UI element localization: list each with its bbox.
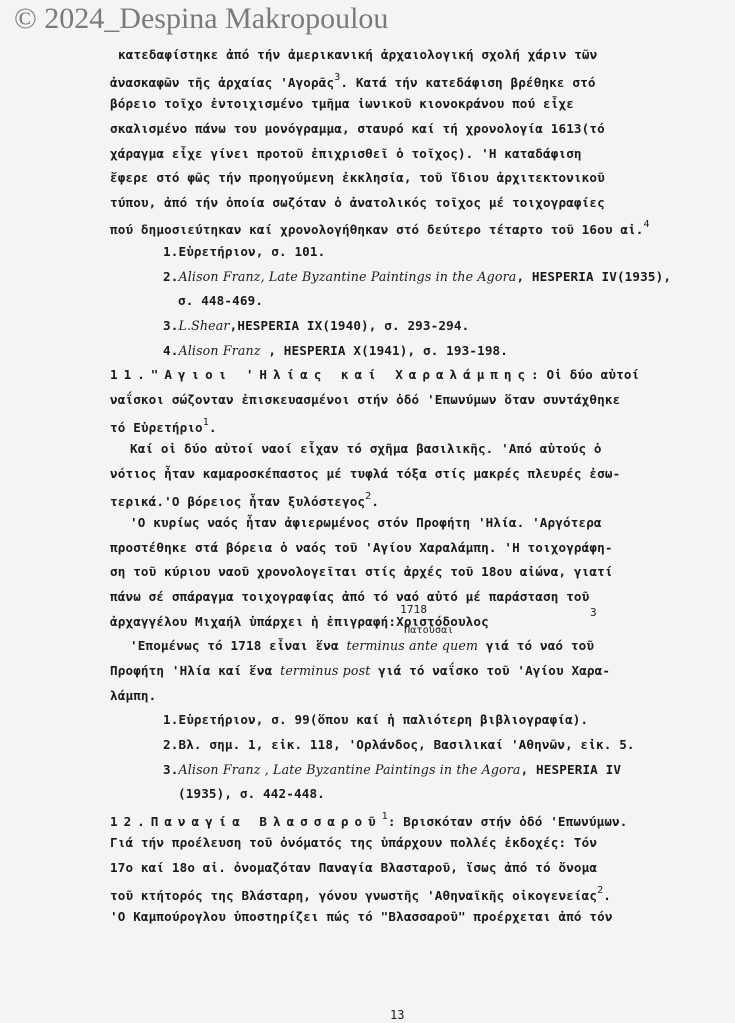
text-line: 'Ο Καμπούρογλου ὑποστηρίζει πώς τό "Βλασ…: [110, 909, 613, 924]
footnote: 3.L.Shear,HESPERIA IX(1940), σ. 293-294.: [163, 318, 469, 333]
section-heading: 11."Αγιοι 'Ηλίας καί Χαραλάμπης: Οἱ δύο …: [110, 367, 639, 382]
text-line: ἔφερε στό φῶς τήν προηγούμενη ἐκκλησία, …: [110, 170, 605, 185]
text-line: Καί οἱ δύο αὐτοί ναοί εἶχαν τό σχῆμα βασ…: [130, 441, 602, 456]
footnote: 2.Alison Franz, Late Byzantine Paintings…: [163, 269, 671, 284]
text-line: ση τοῦ κύριου ναοῦ χρονολογεῖται στίς ἀρ…: [110, 564, 613, 579]
text-line: 'Επομένως τό 1718 εἶναι ἕνα terminus ant…: [130, 638, 594, 653]
footnote: (1935), σ. 442-448.: [178, 786, 325, 801]
footnote: σ. 448-469.: [178, 293, 263, 308]
footnote: 1.Εὑρετήριον, σ. 101.: [163, 244, 325, 259]
text-line: λάμπη.: [110, 688, 156, 703]
text-line: χάραγμα εἶχε γίνει προτοῦ ἐπιχρισθεῖ ὁ τ…: [110, 146, 582, 161]
footnote-ref: 4: [644, 219, 650, 230]
text-line: τερικά.'Ο βόρειος ἦταν ξυλόστεγος2.: [110, 491, 379, 509]
text-line: Γιά τήν προέλευση τοῦ ὀνόματός της ὑπάρχ…: [110, 835, 597, 850]
page-number: 13: [390, 1008, 404, 1022]
copyright-watermark: © 2024_Despina Makropoulou: [14, 2, 388, 36]
text-line: σκαλισμένο πάνω του μονόγραμμα, σταυρό κ…: [110, 121, 605, 136]
text-line: τύπου, ἀπό τήν ὁποία σωζόταν ὁ ἀνατολικό…: [110, 195, 605, 210]
inscription: Χριστόδουλος1718Πατοῦσαι: [396, 614, 489, 629]
text-line: προστέθηκε στά βόρεια ὁ ναός τοῦ 'Αγίου …: [110, 540, 613, 555]
text-line: ἀνασκαφῶν τῆς ἀρχαίας 'Αγορᾶς3. Κατά τήν…: [110, 72, 596, 90]
text-line: τοῦ κτήτορός της Βλάσταρη, γόνου γνωστῆς…: [110, 885, 611, 903]
text-line: πάνω σέ σπάραγμα τοιχογραφίας ἀπό τό ναό…: [110, 589, 589, 604]
footnote: 4.Alison Franz , HESPERIA X(1941), σ. 19…: [163, 343, 508, 358]
footnote: 1.Εὑρετήριον, σ. 99(ὅπου καί ἡ παλιότερη…: [163, 712, 588, 727]
footnote-ref: 3: [590, 606, 597, 619]
section-heading: 12.Παναγία Βλασσαροῦ1: Βρισκόταν στήν ὁδ…: [110, 811, 628, 829]
text-line: βόρειο τοῖχο ἐντοιχισμένο τμῆμα ἰωνικοῦ …: [110, 96, 574, 111]
footnote: 3.Alison Franz , Late Byzantine Painting…: [163, 762, 621, 777]
text-line: τό Εὑρετήριο1.: [110, 417, 217, 435]
text-line: 'Ο κυρίως ναός ἦταν ἀφιερωμένος στόν Προ…: [130, 515, 602, 530]
text-line: νότιος ἦταν καμαροσκέπαστος μέ τυφλά τόξ…: [110, 466, 620, 481]
text-line: πού δημοσιεύτηκαν καί χρονολογήθηκαν στό…: [110, 219, 650, 237]
footnote: 2.Βλ. σημ. 1, εἰκ. 118, 'Ορλάνδος, Βασιλ…: [163, 737, 635, 752]
text-line: 17ο καί 18ο αἰ. ὀνομαζόταν Παναγία Βλαστ…: [110, 860, 597, 875]
text-line: ναΐσκοι σώζονταν ἐπισκευασμένοι στήν ὁδό…: [110, 392, 620, 407]
text-line: ἀρχαγγέλου Μιχαήλ ὑπάρχει ἡ ἐπιγραφή:Χρι…: [110, 614, 489, 629]
text-line: κατεδαφίστηκε ἀπό τήν ἀμερικανική ἀρχαιο…: [118, 47, 597, 62]
text-line: Προφήτη 'Ηλία καί ἕνα terminus post γιά …: [110, 663, 610, 678]
